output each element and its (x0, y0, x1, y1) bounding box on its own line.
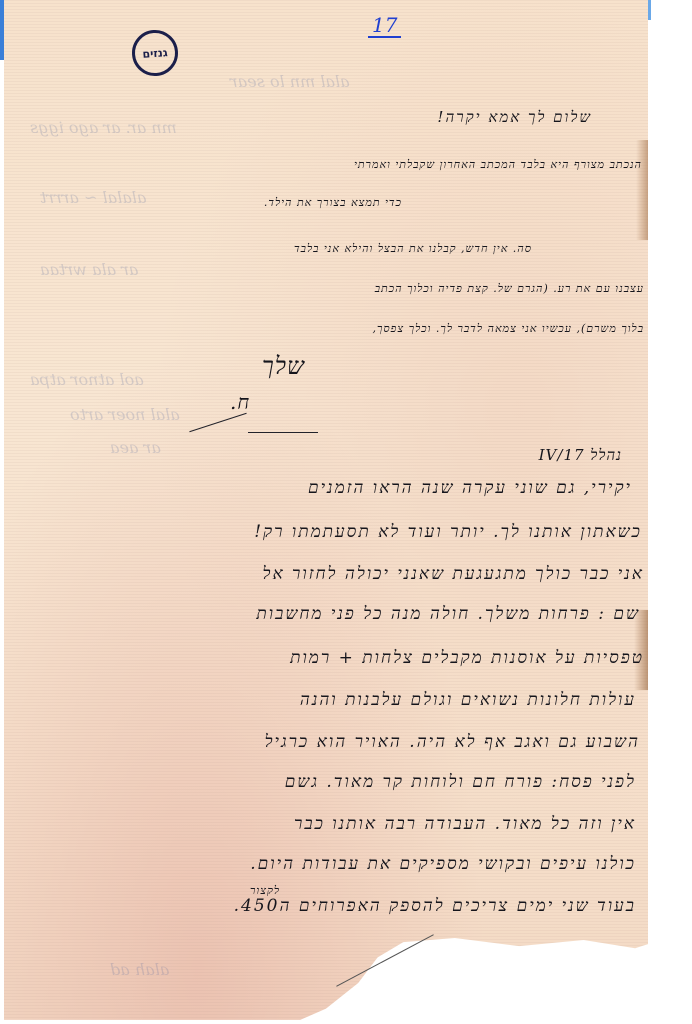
letter-line: אין וזה כל מאוד. העבודה רבה אותנו כבר (294, 814, 636, 834)
bleedthrough-text: mn ar. ar ago iggs (30, 118, 177, 137)
signature-underline (248, 432, 318, 433)
letter-line: לפני פסח: פורח חם ולוחות קר מאוד. גשם (285, 772, 636, 792)
letter-line: כשאתון אותנו לך. יותר ועוד לא תסעתמתו רק… (254, 522, 642, 542)
letter-line: אני כבר כולך מתגעגעת שאנני יכולה לחזור א… (263, 564, 645, 584)
correction-insert: לקצור (250, 884, 280, 897)
letter-line: השבוע גם ואגב אף לא היה. האויר הוא כרגיל (265, 732, 640, 752)
stain (636, 140, 648, 240)
letter-line: בעוד שני ימים צריכים להספק האפרוחים ה450… (234, 896, 636, 916)
bleedthrough-text: alalal ~ arrrt (40, 188, 146, 207)
letter-line: יקירי, גם שוני עקרה שנה הראו הזמנים (308, 478, 632, 498)
archive-number: 17 (368, 14, 401, 38)
scan-edge (0, 0, 4, 60)
salutation: שלום לך אמא יקרה! (437, 108, 592, 127)
letter-line: בלוך משרם), עכשיו אני צמאה לדבר לך. וכלך… (373, 322, 644, 335)
scan-edge-right (648, 0, 651, 20)
letter-line: הנכתב מצורף היא בלבד המכתב האחרון שקבלתי… (354, 158, 642, 171)
letter-line: כולנו עיפים ובקושי מספיקים את עבודות היו… (250, 854, 636, 874)
letter-line: טפסיות על אוסנות מקבלים צלחות + רמות (290, 648, 644, 668)
letter-line: עצבנו עם את רע. (הגרם של. קצת פדיה וכלוך… (375, 282, 644, 295)
letter-line: עולות חלונות נשואים וגולם עלבנות והנה (300, 690, 636, 710)
bleedthrough-text: alah ad (110, 960, 169, 979)
letter-line: כדי תמצא בצורך את הילד. (264, 196, 402, 209)
letter-line: סה. אין חדש, קבלנו את הבצל והילא אני בלב… (294, 242, 532, 255)
bleedthrough-text: ar ala wrtaa (40, 260, 138, 279)
letter-line: שם : פרחות משלך. חולה מנה כל פני מחשבות (256, 604, 640, 624)
place-date: נהלל 17/IV (539, 446, 622, 465)
bleedthrough-text: alal mn lo sear (230, 72, 350, 91)
bleedthrough-text: alal noer arto (70, 405, 180, 424)
signature: ח. (230, 390, 250, 415)
bleedthrough-text: aol atnor atpa (30, 370, 144, 389)
closing: שלך (262, 352, 305, 381)
bleedthrough-text: ar aea (110, 438, 161, 457)
